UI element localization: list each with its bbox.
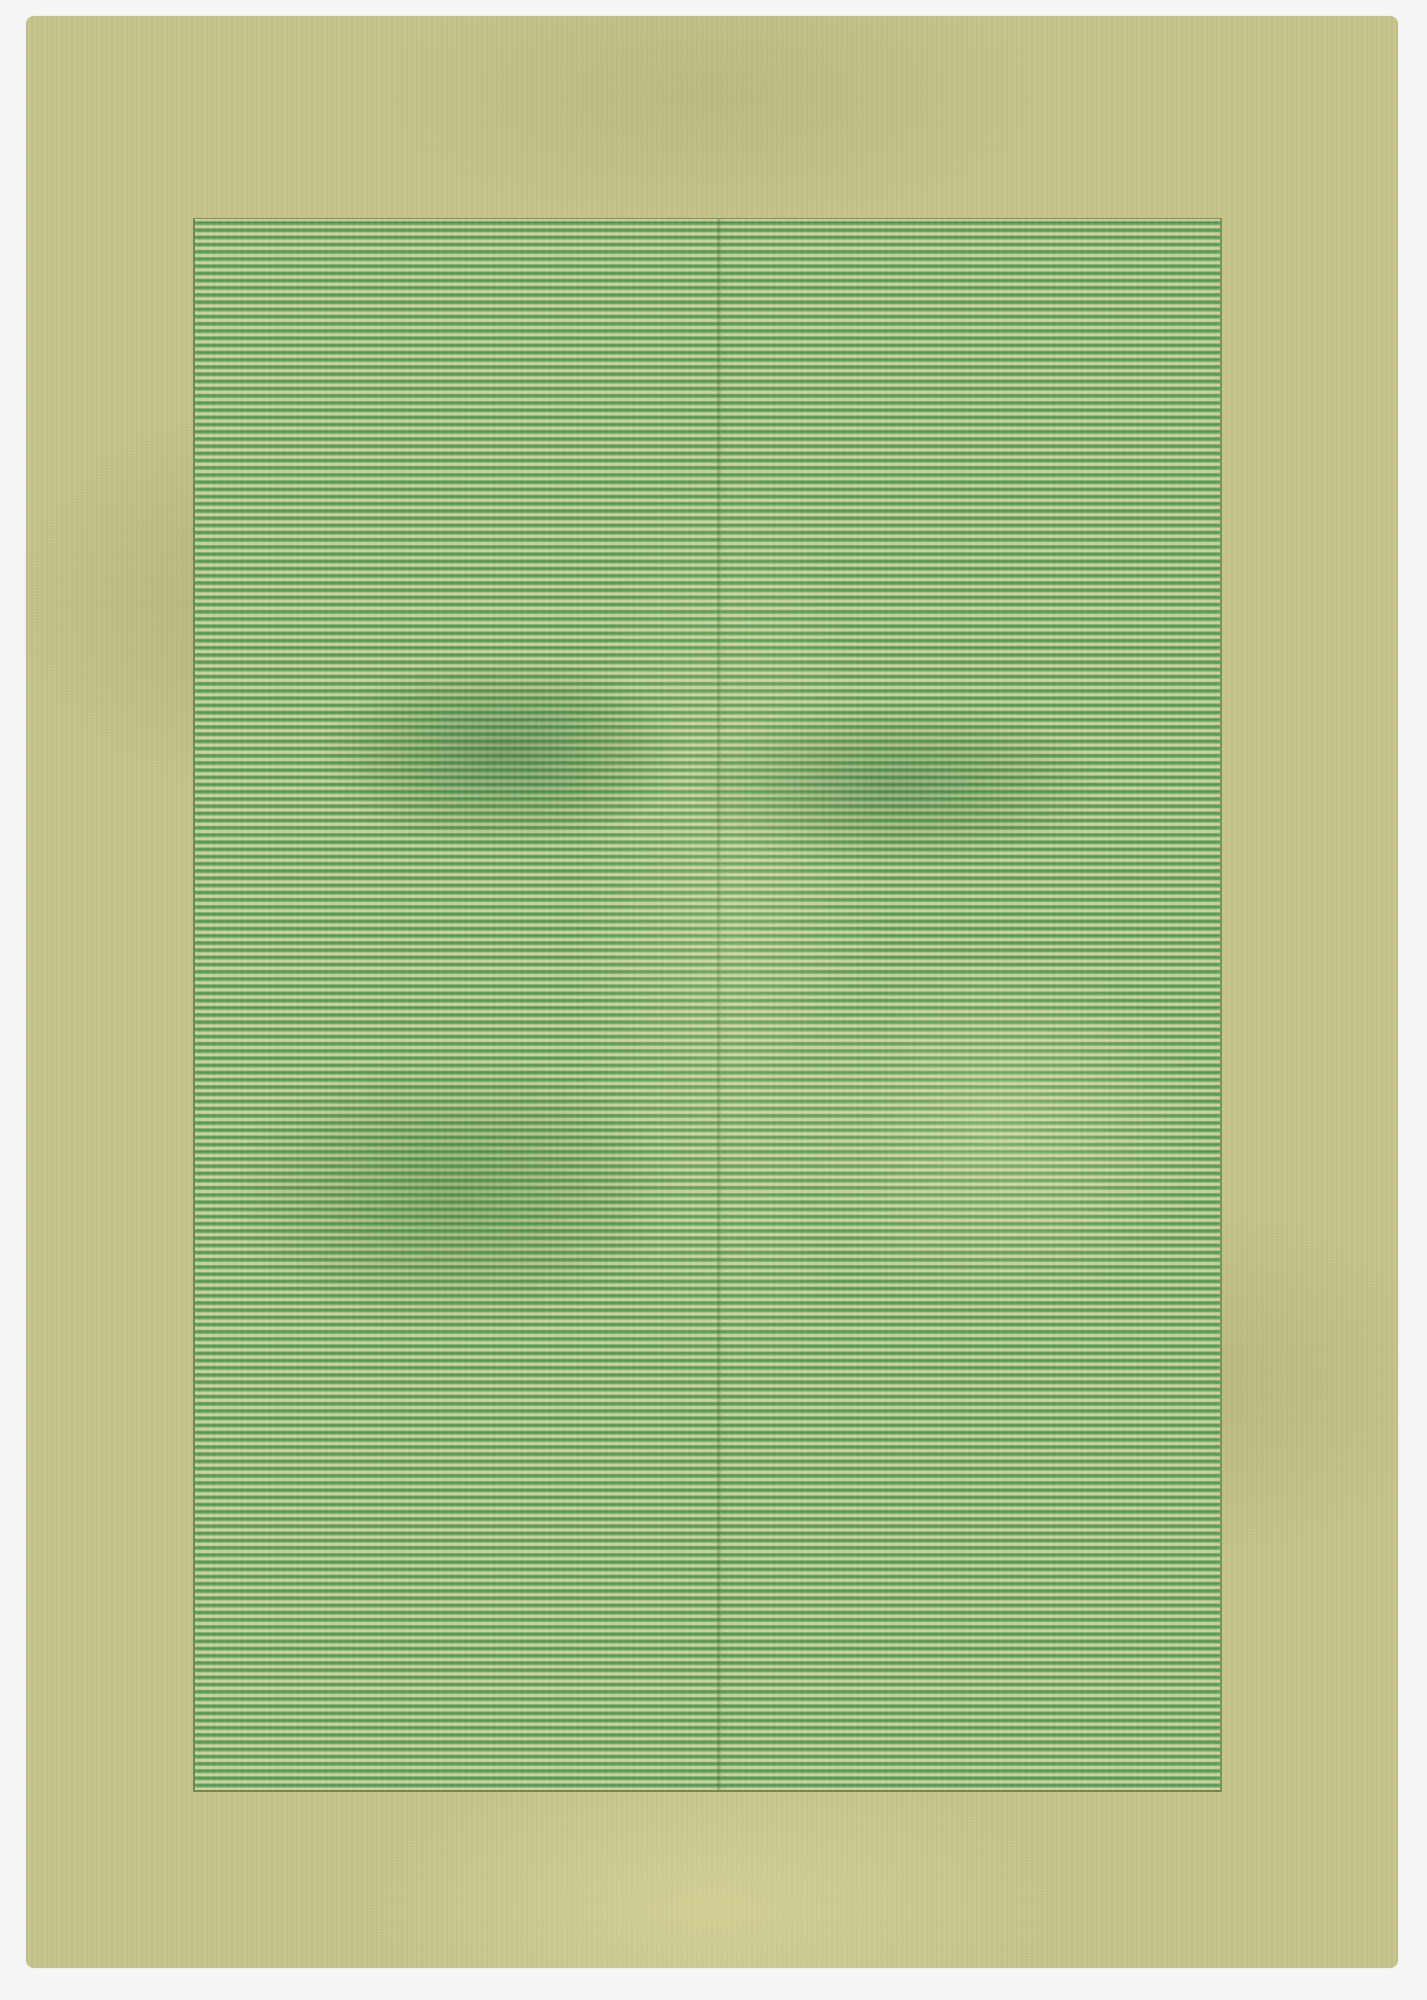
rug xyxy=(26,16,1398,1968)
rug-striped-field xyxy=(193,218,1222,1792)
